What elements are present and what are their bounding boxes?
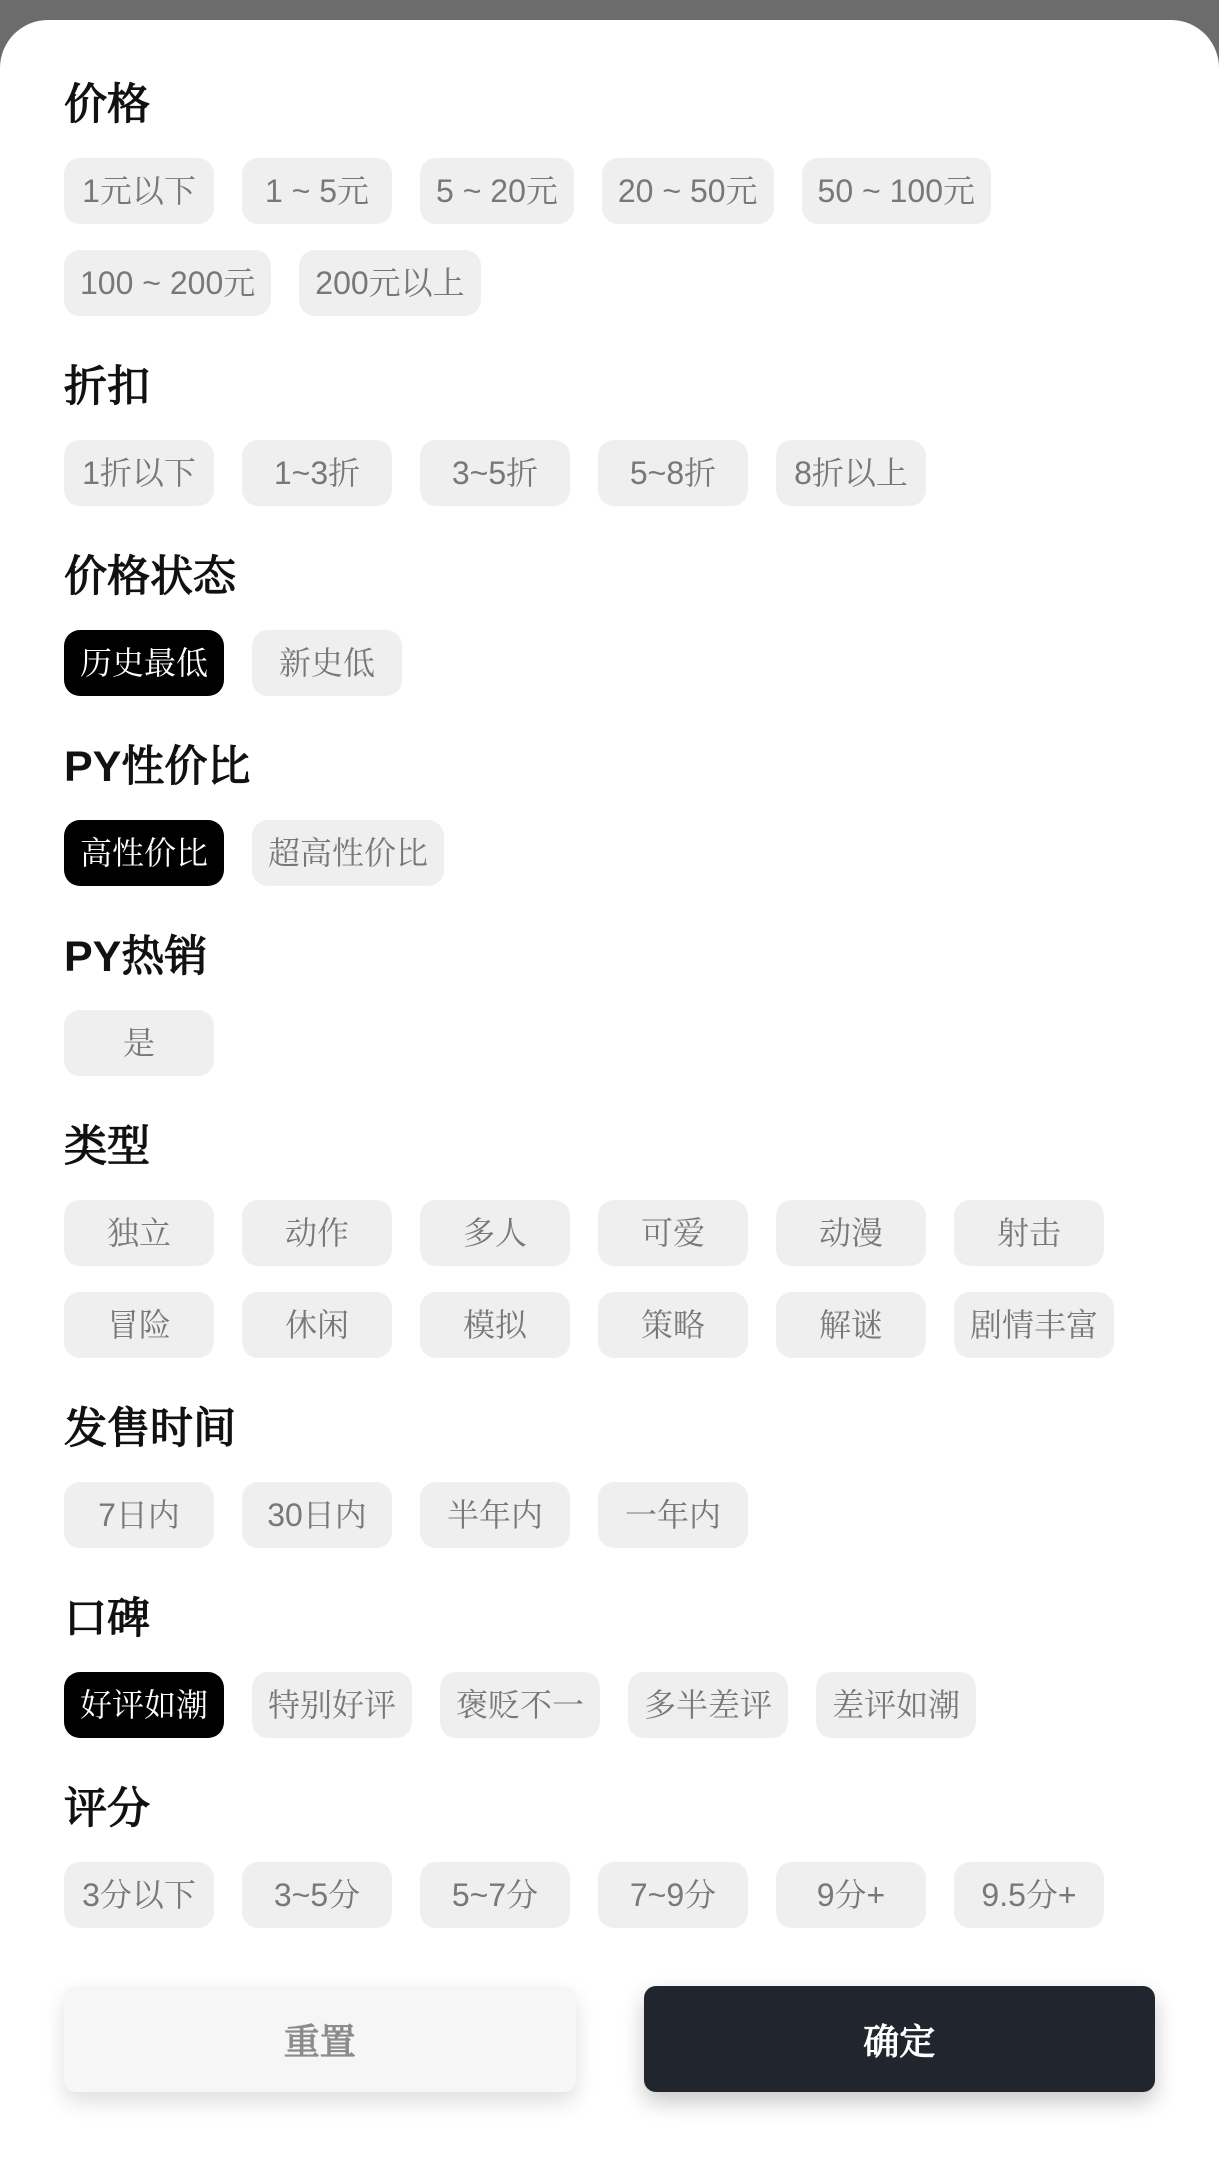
filter-chip[interactable]: 差评如潮 [816, 1672, 976, 1738]
filter-chip[interactable]: 9分+ [776, 1862, 926, 1928]
price-state-chip-row: 历史最低 新史低 [64, 630, 1155, 696]
filter-chip[interactable]: 褒贬不一 [440, 1672, 600, 1738]
filter-chip[interactable]: 半年内 [420, 1482, 570, 1548]
filter-chip[interactable]: 射击 [954, 1200, 1104, 1266]
filter-chip[interactable]: 5 ~ 20元 [420, 158, 574, 224]
filter-chip[interactable]: 一年内 [598, 1482, 748, 1548]
filter-chip[interactable]: 7~9分 [598, 1862, 748, 1928]
genre-chip-row-2: 冒险 休闲 模拟 策略 解谜 剧情丰富 [64, 1292, 1155, 1358]
filter-chip[interactable]: 模拟 [420, 1292, 570, 1358]
py-hot-chip-row: 是 [64, 1010, 1155, 1076]
discount-chip-row: 1折以下 1~3折 3~5折 5~8折 8折以上 [64, 440, 1155, 506]
section-discount-title: 折扣 [64, 358, 1155, 416]
py-value-chip-row: 高性价比 超高性价比 [64, 820, 1155, 886]
section-py-hot: PY热销 是 [64, 928, 1155, 1076]
filter-chip-selected[interactable]: 历史最低 [64, 630, 224, 696]
reset-button[interactable]: 重置 [64, 1986, 576, 2092]
section-release-time-title: 发售时间 [64, 1400, 1155, 1458]
filter-chip[interactable]: 1折以下 [64, 440, 214, 506]
filter-chip[interactable]: 5~8折 [598, 440, 748, 506]
filter-chip[interactable]: 独立 [64, 1200, 214, 1266]
section-price-state-title: 价格状态 [64, 548, 1155, 606]
filter-chip[interactable]: 剧情丰富 [954, 1292, 1114, 1358]
filter-chip-selected[interactable]: 好评如潮 [64, 1672, 224, 1738]
filter-chip[interactable]: 20 ~ 50元 [602, 158, 774, 224]
filter-chip[interactable]: 动作 [242, 1200, 392, 1266]
confirm-button[interactable]: 确定 [644, 1986, 1156, 2092]
section-price-title: 价格 [64, 76, 1155, 134]
filter-chip[interactable]: 3~5分 [242, 1862, 392, 1928]
price-chip-row-2: 100 ~ 200元 200元以上 [64, 250, 1155, 316]
price-chip-row-1: 1元以下 1 ~ 5元 5 ~ 20元 20 ~ 50元 50 ~ 100元 [64, 158, 1155, 224]
filter-chip[interactable]: 特别好评 [252, 1672, 412, 1738]
filter-chip[interactable]: 1 ~ 5元 [242, 158, 392, 224]
section-discount: 折扣 1折以下 1~3折 3~5折 5~8折 8折以上 [64, 358, 1155, 506]
section-py-value: PY性价比 高性价比 超高性价比 [64, 738, 1155, 886]
section-release-time: 发售时间 7日内 30日内 半年内 一年内 [64, 1400, 1155, 1548]
filter-chip[interactable]: 解谜 [776, 1292, 926, 1358]
filter-chip[interactable]: 多人 [420, 1200, 570, 1266]
filter-chip[interactable]: 多半差评 [628, 1672, 788, 1738]
filter-chip[interactable]: 30日内 [242, 1482, 392, 1548]
section-genre: 类型 独立 动作 多人 可爱 动漫 射击 冒险 休闲 模拟 策略 解谜 剧情丰富 [64, 1118, 1155, 1358]
genre-chip-row-1: 独立 动作 多人 可爱 动漫 射击 [64, 1200, 1155, 1266]
footer-action-bar: 重置 确定 [64, 1986, 1155, 2092]
filter-chip[interactable]: 200元以上 [299, 250, 480, 316]
score-chip-row: 3分以下 3~5分 5~7分 7~9分 9分+ 9.5分+ [64, 1862, 1155, 1928]
filter-chip[interactable]: 3~5折 [420, 440, 570, 506]
filter-chip[interactable]: 100 ~ 200元 [64, 250, 271, 316]
section-reputation-title: 口碑 [64, 1590, 1155, 1648]
filter-chip[interactable]: 是 [64, 1010, 214, 1076]
release-time-chip-row: 7日内 30日内 半年内 一年内 [64, 1482, 1155, 1548]
section-price-state: 价格状态 历史最低 新史低 [64, 548, 1155, 696]
filter-chip[interactable]: 1~3折 [242, 440, 392, 506]
filter-chip[interactable]: 3分以下 [64, 1862, 214, 1928]
filter-chip[interactable]: 50 ~ 100元 [802, 158, 991, 224]
filter-chip[interactable]: 9.5分+ [954, 1862, 1104, 1928]
filter-chip[interactable]: 5~7分 [420, 1862, 570, 1928]
section-py-hot-title: PY热销 [64, 928, 1155, 986]
section-score: 评分 3分以下 3~5分 5~7分 7~9分 9分+ 9.5分+ [64, 1780, 1155, 1928]
section-reputation: 口碑 好评如潮 特别好评 褒贬不一 多半差评 差评如潮 [64, 1590, 1155, 1738]
reputation-chip-row: 好评如潮 特别好评 褒贬不一 多半差评 差评如潮 [64, 1672, 1155, 1738]
filter-chip[interactable]: 策略 [598, 1292, 748, 1358]
section-py-value-title: PY性价比 [64, 738, 1155, 796]
filter-chip-selected[interactable]: 高性价比 [64, 820, 224, 886]
section-genre-title: 类型 [64, 1118, 1155, 1176]
filter-chip[interactable]: 8折以上 [776, 440, 926, 506]
section-score-title: 评分 [64, 1780, 1155, 1838]
filter-bottom-sheet: 价格 1元以下 1 ~ 5元 5 ~ 20元 20 ~ 50元 50 ~ 100… [0, 20, 1219, 2173]
filter-chip[interactable]: 冒险 [64, 1292, 214, 1358]
filter-chip[interactable]: 超高性价比 [252, 820, 444, 886]
filter-chip[interactable]: 动漫 [776, 1200, 926, 1266]
filter-chip[interactable]: 1元以下 [64, 158, 214, 224]
filter-chip[interactable]: 休闲 [242, 1292, 392, 1358]
section-price: 价格 1元以下 1 ~ 5元 5 ~ 20元 20 ~ 50元 50 ~ 100… [64, 76, 1155, 316]
filter-chip[interactable]: 新史低 [252, 630, 402, 696]
filter-chip[interactable]: 7日内 [64, 1482, 214, 1548]
filter-chip[interactable]: 可爱 [598, 1200, 748, 1266]
